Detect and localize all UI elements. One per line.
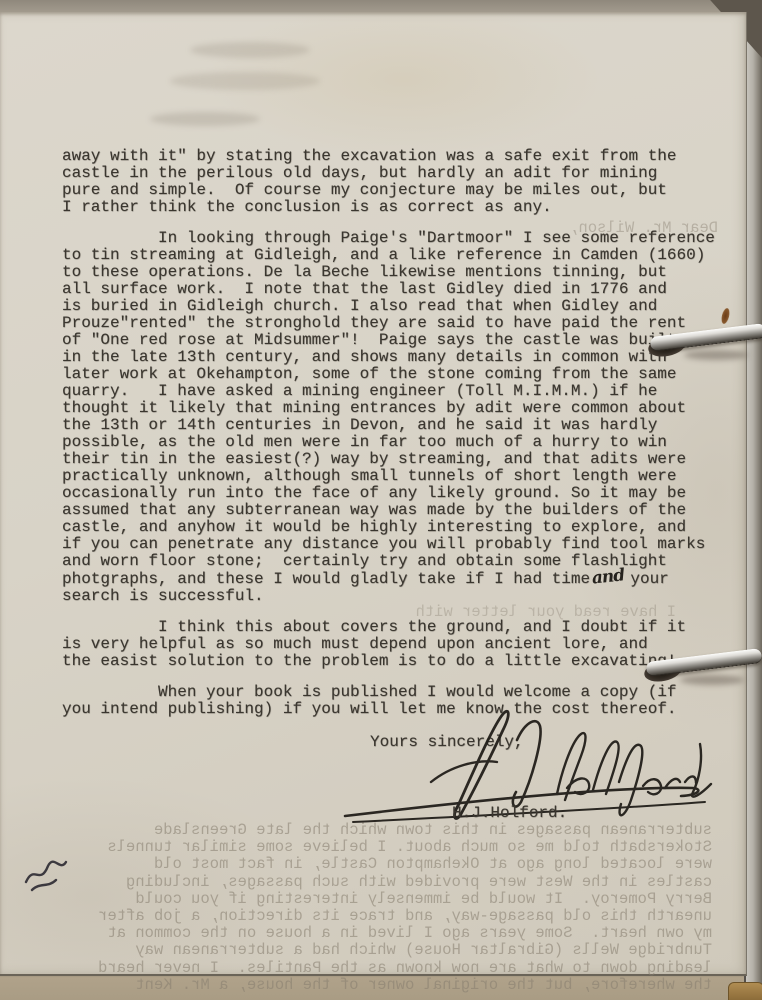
paragraph-3: I think this about covers the ground, an… — [62, 619, 724, 670]
ink-scribble-mark — [22, 852, 70, 894]
letter-body: away with it" by stating the excavation … — [62, 148, 724, 732]
bleedthrough-line: Tunbridge Wells (Gibraltar House) which … — [28, 942, 712, 959]
bleedthrough-line: leading down to what are now known as th… — [28, 960, 712, 977]
typed-text-after-insertion: your — [630, 570, 668, 588]
bleedthrough-line: were located long ago at Okehampton Cast… — [28, 856, 712, 873]
paragraph-2: In looking through Paige's "Dartmoor" I … — [62, 230, 724, 570]
paper-stain — [190, 42, 310, 58]
binder-knob — [728, 982, 762, 1000]
bleedthrough-line: castles in the West were provided with s… — [28, 874, 712, 891]
paragraph-2-end: search is successful. — [62, 588, 724, 605]
paper-stain — [150, 112, 260, 126]
line-with-handwritten-insertion: photgraphs, and these I would gladly tak… — [62, 570, 724, 588]
letter-page: Dear Mr. Wilson, I have read your letter… — [0, 12, 747, 976]
paper-stain — [170, 72, 320, 90]
ring-shadow — [684, 350, 748, 360]
bleedthrough-line: the wherefore, but the original owner of… — [28, 977, 712, 994]
typed-signature-name: H.J.Holford. — [452, 804, 567, 822]
ring-shadow — [680, 675, 744, 685]
bleedthrough-line: my own heart. Some years ago I lived in … — [28, 925, 712, 942]
bleedthrough-line: Stokersbath told me so much about. I bel… — [28, 839, 712, 856]
bleedthrough-line: unearth this old passage-way, and trace … — [28, 908, 712, 925]
bleedthrough-line: Berry Pomeroy. It would be immensely int… — [28, 891, 712, 908]
handwritten-and-insertion: and — [591, 567, 625, 587]
typed-text-before-insertion: photgraphs, and these I would gladly tak… — [62, 570, 590, 588]
bleedthrough-text-block: subterranean passages in this town which… — [28, 822, 712, 994]
paragraph-1: away with it" by stating the excavation … — [62, 148, 724, 216]
photo-of-letter-in-binder: Dear Mr. Wilson, I have read your letter… — [0, 0, 762, 1000]
